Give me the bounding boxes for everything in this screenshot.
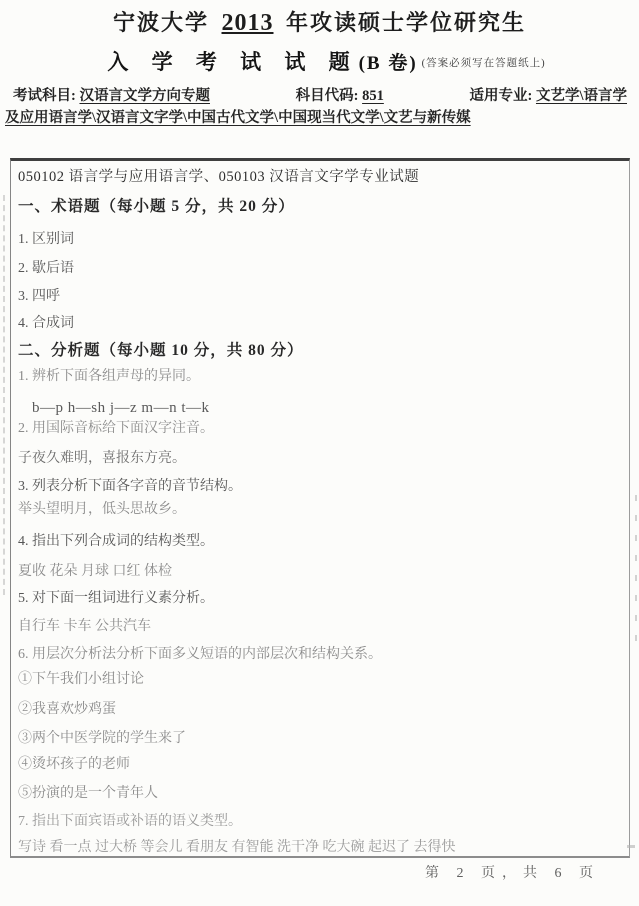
question-6-item-4: ④烫坏孩子的老师 — [18, 753, 130, 773]
page-footer: 第 2 页，共 6 页 — [425, 862, 600, 882]
question-7: 7. 指出下面宾语或补语的语义类型。 — [18, 810, 242, 830]
part2-title: 二、分析题（每小题 10 分，共 80 分） — [18, 338, 304, 360]
subject-code: 科目代码: 851 — [296, 84, 384, 105]
term-item-4: 4. 合成词 — [18, 312, 74, 332]
question-7-example: 写诗 看一点 过大桥 等会儿 看朋友 有智能 洗干净 吃大碗 起迟了 去得快 — [18, 836, 456, 856]
question-1: 1. 辨析下面各组声母的异同。 — [18, 365, 200, 385]
scan-artifact-corner-mark — [627, 845, 635, 848]
scan-artifact-right-ticks — [635, 495, 637, 645]
exam-meta-row: 考试科目: 汉语言文学方向专题 科目代码: 851 适用专业: 文艺学\语言学 — [13, 84, 627, 105]
code-value: 851 — [362, 88, 384, 104]
question-2-example: 子夜久难明，喜报东方亮。 — [18, 447, 186, 467]
question-6-item-5: ⑤扮演的是一个青年人 — [18, 782, 158, 802]
question-6: 6. 用层次分析法分析下面多义短语的内部层次和结构关系。 — [18, 643, 382, 663]
applicable-majors: 适用专业: 文艺学\语言学 — [470, 84, 628, 105]
majors-value: 文艺学\语言学 — [536, 88, 627, 104]
subject-value: 汉语言文学方向专题 — [79, 88, 210, 104]
question-3-example: 举头望明月，低头思故乡。 — [18, 498, 186, 518]
scan-artifact-left-dashes — [3, 195, 5, 595]
paper-version: (B 卷) — [359, 53, 418, 74]
exam-paper-page: 宁波大学 2013 年攻读硕士学位研究生 入 学 考 试 试 题(B 卷) (答… — [0, 0, 639, 906]
exam-subject: 考试科目: 汉语言文学方向专题 — [13, 84, 210, 105]
answer-sheet-note: (答案必须写在答题纸上) — [422, 58, 546, 69]
question-5: 5. 对下面一组词进行义素分析。 — [18, 587, 214, 607]
question-1-example: b—p h—sh j—z m—n t—k — [32, 400, 210, 417]
applicable-majors-line2: 及应用语言学\汉语言文字学\中国古代文学\中国现当代文学\文艺与新传媒 — [5, 106, 471, 127]
question-6-item-2: ②我喜欢炒鸡蛋 — [18, 698, 116, 718]
title-suffix: 年攻读硕士学位研究生 — [286, 10, 526, 35]
exam-year: 2013 — [217, 10, 279, 36]
page-title: 宁波大学 2013 年攻读硕士学位研究生 — [0, 6, 639, 37]
term-item-2: 2. 歇后语 — [18, 257, 74, 277]
university-name: 宁波大学 — [113, 10, 209, 35]
question-6-item-3: ③两个中医学院的学生来了 — [18, 727, 186, 747]
question-4: 4. 指出下列合成词的结构类型。 — [18, 530, 214, 550]
part1-title: 一、术语题（每小题 5 分，共 20 分） — [18, 194, 295, 216]
majors-label: 适用专业: — [470, 88, 533, 104]
exam-content-box: 050102 语言学与应用语言学、050103 汉语言文字学专业试题 一、术语题… — [10, 158, 630, 858]
term-item-1: 1. 区别词 — [18, 228, 74, 248]
exam-subtitle: 入 学 考 试 试 题(B 卷) (答案必须写在答题纸上) — [0, 46, 639, 76]
question-6-item-1: ①下午我们小组讨论 — [18, 668, 144, 688]
question-3: 3. 列表分析下面各字音的音节结构。 — [18, 475, 242, 495]
majors-value-continued: 及应用语言学\汉语言文字学\中国古代文学\中国现当代文学\文艺与新传媒 — [5, 110, 471, 126]
specialty-section-title: 050102 语言学与应用语言学、050103 汉语言文字学专业试题 — [18, 165, 419, 186]
question-2: 2. 用国际音标给下面汉字注音。 — [18, 417, 214, 437]
question-5-example: 自行车 卡车 公共汽车 — [18, 615, 151, 635]
subject-label: 考试科目: — [13, 88, 76, 104]
question-4-example: 夏收 花朵 月球 口红 体检 — [18, 560, 172, 580]
term-item-3: 3. 四呼 — [18, 285, 60, 305]
code-label: 科目代码: — [296, 88, 359, 104]
subtitle-main: 入 学 考 试 试 题 — [107, 50, 358, 74]
